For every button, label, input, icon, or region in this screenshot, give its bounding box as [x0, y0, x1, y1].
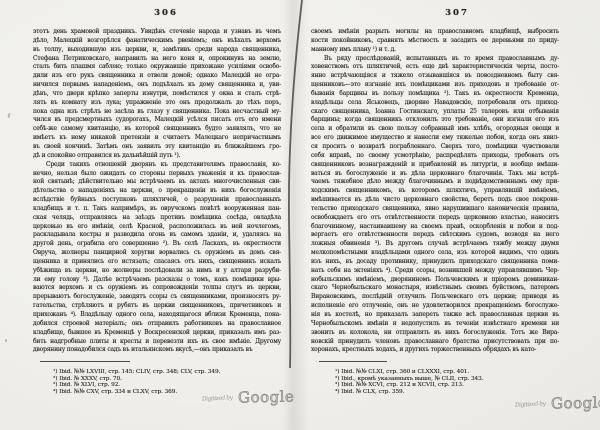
- body-text-line: этотъ день храмовой праздникъ. Увидѣвъ с…: [33, 28, 281, 37]
- body-text-line: вслѣдствіе буйныхъ поступковъ шляхтичей,…: [33, 196, 281, 205]
- scanned-book-spread: 306 этотъ день храмовой праздникъ. Увидѣ…: [0, 0, 600, 430]
- scan-speck: [5, 339, 7, 342]
- footnote-line: ⁴) Ibid. № CLX, стр. 359.: [335, 389, 483, 396]
- body-text-line: Овруча, жолнеры панцирной хоругви ворвал…: [33, 249, 281, 258]
- digitized-by-script: Digitized by: [515, 400, 546, 409]
- body-text-line: барщины; когда священникъ отклонилъ это …: [311, 116, 559, 125]
- body-text-line: прерываютъ богослуженіе, заводятъ ссоры …: [33, 293, 281, 302]
- footnote-line: ³) Ibid. № XLVI, стр. 92.: [53, 382, 220, 389]
- body-text-line: прихожанъ ⁴). Владѣльцу одного села, нах…: [33, 311, 281, 320]
- footnotes-right: ¹) Ibid. №№ CLXI, стр. 360 и CLXXXI, стр…: [335, 369, 483, 395]
- page-number-right: 307: [311, 8, 581, 18]
- page-306: 306 этотъ день храмовой праздникъ. Увидѣ…: [33, 0, 281, 430]
- body-text-line: владѣльцы села Яськовецъ, дворяне Навадо…: [311, 99, 559, 108]
- body-text-line: Вирановскимъ, послѣдній отлучилъ Польчев…: [311, 293, 559, 302]
- footnote-line: ¹) Ibid. №№ CLXI, стр. 360 и CLXXXI, стр…: [335, 369, 483, 376]
- body-text-line: имѣетъ къ нему никакой претензіи и счита…: [33, 134, 281, 143]
- body-text-line: въ толпу, выходившую изъ церкви, и, замѣ…: [33, 46, 281, 55]
- google-watermark-left: Digitized by Google: [202, 387, 294, 406]
- body-text-line: чаемъ тяжебное дѣло между благочиннымъ и…: [311, 178, 559, 187]
- body-text-line: вергаетъ его отвѣтственности передъ свѣт…: [311, 231, 559, 240]
- page-body-left: этотъ день храмовой праздникъ. Увидѣвъ с…: [33, 28, 281, 355]
- body-text-line: раскладывала костры и разводила огонь въ…: [33, 231, 281, 240]
- footnotes-left: ¹) Ibid. №№ LXVIII, стр. 145; CLIV, стр.…: [53, 369, 220, 395]
- body-text-line: лять въ комнату изъ лука; упражненіе это…: [33, 99, 281, 108]
- footnote-line: ¹) Ibid. №№ LXVIII, стр. 145; CLIV, стр.…: [53, 369, 220, 376]
- body-text-line: себѣ-же самому квитанцію, въ которой свя…: [33, 125, 281, 134]
- body-text-line: села и обратили въ свою пользу собранный…: [311, 125, 559, 134]
- page-body-right: своемъ имѣніи разрыть могилы на правосла…: [311, 28, 559, 355]
- body-text-line: освобождаетъ его отъ отвѣтственности пер…: [311, 214, 559, 223]
- body-text-line: дворянину понадобился садъ въ итальянско…: [33, 346, 281, 355]
- footnote-line: ³) Ibid. №№ XCVI, стр. 212 и XCVII, стр.…: [335, 382, 483, 389]
- page-number-left: 306: [33, 8, 290, 18]
- body-text-line: ходскимъ священникомъ, въ которомъ шляхт…: [311, 187, 559, 196]
- body-text-line: дѣвъ, что двери крѣпко заперты изнутри, …: [33, 90, 281, 99]
- body-text-line: себя вправѣ, по своему усмотрѣнію, распр…: [311, 152, 559, 161]
- body-text-line: янно встрѣчающіяся и тяжело отзывавшіяся…: [311, 72, 559, 81]
- body-text-line: ничился первымъ нападеніемъ, онъ подъѣха…: [33, 81, 281, 90]
- body-text-line: скаго Чернобыльскаго монастыря, извѣстны…: [311, 284, 559, 293]
- body-text-line: другой день, ограбила его совершенно ²).…: [33, 240, 281, 249]
- body-text-line: тельство приходскаго священника, явно на…: [311, 205, 559, 214]
- body-text-line: мелкопомѣстными владѣльцами одного села,…: [311, 249, 559, 258]
- body-text-line: кладбище, бывшее въ Кременцѣ у Воскресен…: [33, 329, 281, 338]
- body-text-line: хоронахъ, крестныхъ ходахъ, и другихъ то…: [311, 346, 559, 355]
- body-text-line: Чернобыльскомъ имѣніи и недопустилъ въ т…: [311, 320, 559, 329]
- body-text-line: изъ нихъ, въ досаду противнику, принудил…: [311, 258, 559, 267]
- body-text-line: ной святынѣ; дѣйствительно мы встрѣчаемъ…: [33, 178, 281, 187]
- body-text-line: сталъ бить плашмя саблею; только окружав…: [33, 63, 281, 72]
- body-text-line: исполненіе его отлученіе, онъ не удовлет…: [311, 302, 559, 311]
- body-text-line: все его движимое имущество и нанесли ему…: [311, 134, 559, 143]
- body-text-line: нать себя на эктеніяхъ ⁴). Среди ссоры, …: [311, 267, 559, 276]
- body-text-line: дѣло, Малецкій возгорѣлся фанатическимъ …: [33, 37, 281, 46]
- body-text-line: священниковъ вознагражденій и прибавлені…: [311, 161, 559, 170]
- body-text-line: вмѣшивается въ дѣла чисто церковнаго сво…: [311, 196, 559, 205]
- body-text-line: кладбищъ и т. п. Такъ напримѣръ, въ овру…: [33, 205, 281, 214]
- google-watermark-right: Digitized by Google: [515, 393, 600, 412]
- body-text-line: Среди такихъ отношеній дворянъ къ предст…: [33, 161, 281, 170]
- body-text-line: ховенствомъ отъ шляхтичей, есть еще двѣ …: [311, 63, 559, 72]
- body-text-line: добился строевой матеріалъ; онъ отправил…: [33, 320, 281, 329]
- body-text-line: дили изъ его рукъ священника и отвели до…: [33, 72, 281, 81]
- google-logo-watermark: Google: [550, 394, 600, 413]
- body-text-line: быванія барщины въ пользу помѣщика ²). Т…: [311, 90, 559, 99]
- body-text-line: ли ему голову ³). Далѣе встрѣчаемъ разск…: [33, 276, 281, 285]
- body-text-line: щенниковъ—это изгнаніе ихъ помѣщиками из…: [311, 81, 559, 90]
- body-text-line: звонить въ колокола, ни отправлять въ ни…: [311, 329, 559, 338]
- body-text-line: гательства, стрѣляютъ и рубятъ въ церкви…: [33, 302, 281, 311]
- body-text-line: кости покойниковъ, сравнять мѣстность и …: [311, 37, 559, 46]
- body-text-line: ся просить о возвратѣ пограбленнаго. Све…: [311, 143, 559, 152]
- footnote-rule-right: [319, 361, 387, 362]
- footnote-rule-left: [40, 361, 130, 362]
- body-text-line: своемъ имѣніи разрыть могилы на правосла…: [311, 28, 559, 37]
- body-text-line: дѣ и спокойно отправился въ дальнѣйшій п…: [33, 152, 281, 161]
- body-text-line: убѣжища въ церкви, но жолнеры послѣдовал…: [33, 267, 281, 276]
- footnote-line: ⁴) Ibid. №№ CXV, стр. 334 и CLXV, стр. 3…: [53, 389, 220, 396]
- google-logo-watermark: Google: [237, 388, 294, 407]
- body-text-line: ская челядь, отправляясь на заѣздъ проти…: [33, 214, 281, 223]
- body-text-line: щенника и принялись его истязать; спасая…: [33, 258, 281, 267]
- page-307: 307 своемъ имѣніи разрыть могилы на прав…: [311, 0, 559, 430]
- body-text-line: чился въ предсмертныхъ судорогахъ, Малец…: [33, 116, 281, 125]
- body-text-line: манному имъ плану ¹) и т. д.: [311, 46, 559, 55]
- body-text-line: ваются верхомъ и съ оружіемъ въ сопровож…: [33, 284, 281, 293]
- body-text-line: церковью въ его имѣніи, селѣ Красной, ра…: [33, 223, 281, 232]
- digitized-by-script: Digitized by: [202, 394, 233, 403]
- body-text-line: ложныя обвиненія ³). Въ другомъ случаѣ в…: [311, 240, 559, 249]
- body-text-line: нія въ костелѣ, но приказалъ запереть та…: [311, 311, 559, 320]
- body-text-line: дѣтельства о нападеніяхъ на церкви, о пр…: [33, 187, 281, 196]
- body-text-line: въ своей кончинѣ. Затѣмъ онъ заявилъ эту…: [33, 143, 281, 152]
